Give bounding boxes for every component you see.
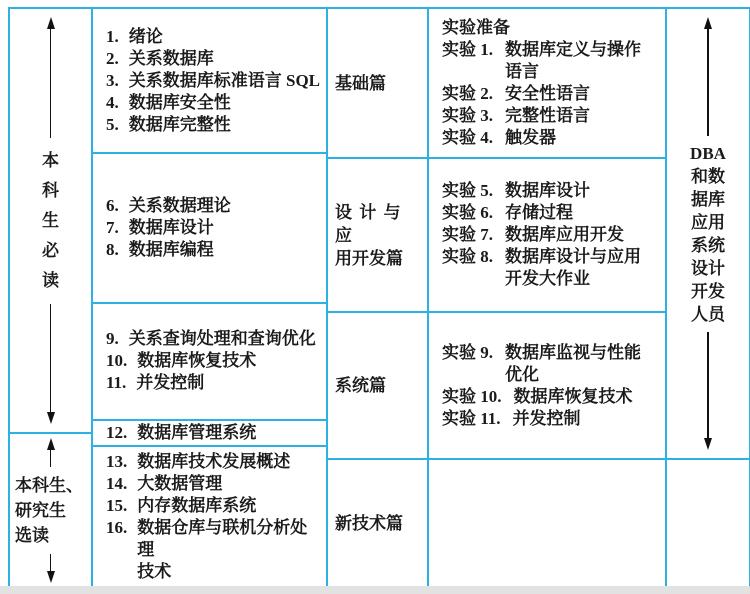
chapter-12-cell: 12.数据库管理系统 (93, 421, 326, 447)
chapter-item: 4.数据库安全性 (106, 92, 324, 114)
chapter-title: 数据库完整性 (129, 114, 231, 136)
chapter-item: 12.数据库管理系统 (106, 422, 324, 444)
experiment-item: 实验 6.存储过程 (442, 202, 653, 224)
arrow-down-icon (47, 571, 55, 583)
chapter-number: 5. (106, 114, 119, 136)
experiment-title: 数据库定义与操作 语言 (505, 39, 641, 83)
chapter-number: 7. (106, 217, 119, 239)
chapter-number: 6. (106, 195, 119, 217)
experiment-title: 数据库设计 (505, 180, 590, 202)
experiment-number: 实验 4. (442, 127, 493, 149)
chapter-title: 数据库管理系统 (137, 422, 256, 444)
chapter-number: 10. (106, 350, 127, 372)
chapter-number: 4. (106, 92, 119, 114)
experiment-title: 数据库监视与性能 优化 (505, 342, 641, 386)
arrow-down-icon (704, 438, 712, 450)
experiment-title: 并发控制 (513, 408, 581, 430)
undergrad-grad-optional-cell: 本科生、 研究生 选读 (10, 434, 91, 587)
chapter-title: 数据库技术发展概述 (137, 451, 290, 473)
chapter-title: 内存数据库系统 (137, 495, 256, 517)
chapter-title: 数据库恢复技术 (137, 350, 256, 372)
dba-column: DBA 和数 据库 应用 系统 设计 开发 人员 (667, 9, 749, 587)
book-structure-diagram: 本 科 生 必 读 本科生、 研究生 选读 1.绪论 2.关系数据库 3.关系数… (8, 7, 750, 589)
experiment-title: 数据库恢复技术 (514, 386, 633, 408)
dba-developers-cell: DBA 和数 据库 应用 系统 设计 开发 人员 (667, 9, 749, 460)
arrow-up-icon (47, 438, 55, 450)
experiment-title: 数据库设计与应用 开发大作业 (505, 246, 641, 290)
chapter-number: 11. (106, 372, 126, 394)
chapter-number: 15. (106, 495, 127, 517)
chapter-title: 数据仓库与联机分析处理 技术 (137, 517, 324, 583)
chapter-title: 关系数据理论 (129, 195, 231, 217)
chapter-item: 11.并发控制 (106, 372, 324, 394)
chapters-column: 1.绪论 2.关系数据库 3.关系数据库标准语言 SQL 4.数据库安全性 5.… (93, 9, 328, 587)
arrow-up-icon (47, 17, 55, 29)
undergrad-required-label: 本 科 生 必 读 (39, 138, 62, 304)
experiment-item: 实验准备 (442, 17, 653, 39)
parts-column: 基础篇 设 计 与 应 用开发篇 系统篇 新技术篇 (328, 9, 429, 587)
experiment-number: 实验 1. (442, 39, 493, 61)
experiment-title: 安全性语言 (505, 83, 590, 105)
chapter-number: 3. (106, 70, 119, 92)
chapter-number: 8. (106, 239, 119, 261)
reader-scope-column: 本 科 生 必 读 本科生、 研究生 选读 (10, 9, 93, 587)
chapter-title: 关系数据库 (129, 48, 214, 70)
experiment-item: 实验 2.安全性语言 (442, 83, 653, 105)
experiments-5-8-cell: 实验 5.数据库设计 实验 6.存储过程 实验 7.数据库应用开发 实验 8.数… (429, 159, 665, 313)
chapter-number: 12. (106, 422, 127, 444)
chapter-number: 13. (106, 451, 127, 473)
chapter-item: 16.数据仓库与联机分析处理 技术 (106, 517, 324, 583)
chapter-item: 13.数据库技术发展概述 (106, 451, 324, 473)
chapter-item: 7.数据库设计 (106, 217, 324, 239)
part-name: 系统篇 (335, 374, 422, 397)
chapters-9-11-cell: 9.关系查询处理和查询优化 10.数据库恢复技术 11.并发控制 (93, 304, 326, 421)
chapter-title: 数据库安全性 (129, 92, 231, 114)
chapter-item: 10.数据库恢复技术 (106, 350, 324, 372)
experiments-column: 实验准备 实验 1.数据库定义与操作 语言 实验 2.安全性语言 实验 3.完整… (429, 9, 667, 587)
experiment-number: 实验 5. (442, 180, 493, 202)
experiment-item: 实验 7.数据库应用开发 (442, 224, 653, 246)
undergrad-grad-optional-label: 本科生、 研究生 选读 (13, 467, 85, 554)
dba-developers-label: DBA 和数 据库 应用 系统 设计 开发 人员 (688, 136, 728, 332)
chapter-item: 2.关系数据库 (106, 48, 324, 70)
experiment-item: 实验 8.数据库设计与应用 开发大作业 (442, 246, 653, 290)
experiment-number: 实验 7. (442, 224, 493, 246)
chapter-item: 3.关系数据库标准语言 SQL (106, 70, 324, 92)
experiment-item: 实验 9.数据库监视与性能 优化 (442, 342, 653, 386)
part-name: 设 计 与 应 用开发篇 (335, 201, 422, 270)
experiment-number: 实验 9. (442, 342, 493, 364)
chapter-title: 数据库编程 (129, 239, 214, 261)
experiments-empty-cell (429, 460, 665, 587)
chapters-13-16-cell: 13.数据库技术发展概述 14.大数据管理 15.内存数据库系统 16.数据仓库… (93, 447, 326, 587)
chapter-item: 6.关系数据理论 (106, 195, 324, 217)
part-name: 新技术篇 (335, 512, 422, 535)
experiment-title: 数据库应用开发 (505, 224, 624, 246)
part-design-app-cell: 设 计 与 应 用开发篇 (328, 159, 427, 313)
experiment-number: 实验 2. (442, 83, 493, 105)
chapter-number: 9. (106, 328, 119, 350)
chapter-number: 2. (106, 48, 119, 70)
chapters-6-8-cell: 6.关系数据理论 7.数据库设计 8.数据库编程 (93, 154, 326, 303)
chapter-item: 1.绪论 (106, 26, 324, 48)
chapter-item: 5.数据库完整性 (106, 114, 324, 136)
part-systems-cell: 系统篇 (328, 313, 427, 460)
arrow-up-icon (704, 17, 712, 29)
chapter-number: 16. (106, 517, 127, 539)
experiment-item: 实验 10.数据库恢复技术 (442, 386, 653, 408)
experiment-title: 实验准备 (442, 17, 510, 39)
chapter-item: 15.内存数据库系统 (106, 495, 324, 517)
experiment-number: 实验 8. (442, 246, 493, 268)
chapter-title: 关系数据库标准语言 SQL (129, 70, 320, 92)
experiment-item: 实验 11.并发控制 (442, 408, 653, 430)
chapters-1-5-cell: 1.绪论 2.关系数据库 3.关系数据库标准语言 SQL 4.数据库安全性 5.… (93, 9, 326, 154)
experiment-item: 实验 4.触发器 (442, 127, 653, 149)
experiment-title: 完整性语言 (505, 105, 590, 127)
experiment-title: 存储过程 (505, 202, 573, 224)
chapter-title: 关系查询处理和查询优化 (129, 328, 316, 350)
chapter-item: 8.数据库编程 (106, 239, 324, 261)
part-new-tech-cell: 新技术篇 (328, 460, 427, 587)
experiment-item: 实验 1.数据库定义与操作 语言 (442, 39, 653, 83)
experiments-9-11-cell: 实验 9.数据库监视与性能 优化 实验 10.数据库恢复技术 实验 11.并发控… (429, 313, 665, 460)
part-basics-cell: 基础篇 (328, 9, 427, 159)
chapter-title: 并发控制 (136, 372, 204, 394)
experiment-number: 实验 6. (442, 202, 493, 224)
chapter-number: 1. (106, 26, 119, 48)
experiment-number: 实验 10. (442, 386, 502, 408)
part-name: 基础篇 (335, 72, 422, 95)
chapter-title: 绪论 (129, 26, 163, 48)
chapter-number: 14. (106, 473, 127, 495)
undergrad-required-cell: 本 科 生 必 读 (10, 9, 91, 434)
experiments-prep-1-4-cell: 实验准备 实验 1.数据库定义与操作 语言 实验 2.安全性语言 实验 3.完整… (429, 9, 665, 159)
dba-empty-cell (667, 460, 749, 587)
experiment-number: 实验 3. (442, 105, 493, 127)
chapter-title: 数据库设计 (129, 217, 214, 239)
arrow-down-icon (47, 412, 55, 424)
experiment-title: 触发器 (505, 127, 556, 149)
experiment-item: 实验 3.完整性语言 (442, 105, 653, 127)
chapter-item: 9.关系查询处理和查询优化 (106, 328, 324, 350)
experiment-number: 实验 11. (442, 408, 501, 430)
experiment-item: 实验 5.数据库设计 (442, 180, 653, 202)
chapter-item: 14.大数据管理 (106, 473, 324, 495)
page-edge-shade (0, 586, 750, 594)
chapter-title: 大数据管理 (137, 473, 222, 495)
